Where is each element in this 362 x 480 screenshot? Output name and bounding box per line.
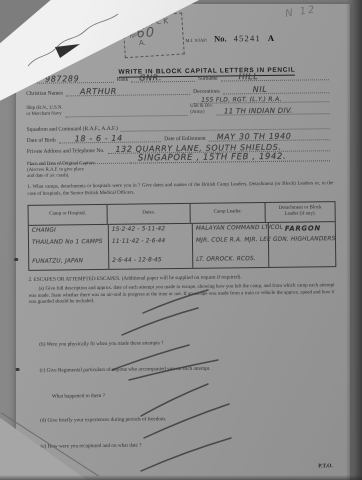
dob-label: Date of Birth: [27, 138, 56, 144]
ref-no-label: No.: [214, 33, 227, 43]
no-field: 987289: [37, 75, 114, 84]
dob-value: 18 - 6 - 14: [75, 135, 123, 144]
capture-label-line3: and date of a/c crash).: [27, 173, 69, 179]
paper-edge-mark: [14, 258, 18, 261]
capture-label: Place and Date of Original Capture (Airc…: [27, 161, 125, 179]
form-paper: BLOCK Nº60 A. M.I. 9/JAP/ No. 45241 A N …: [16, 4, 350, 480]
ship-label-line1: Ship (R.N., U.S.N.: [26, 105, 62, 110]
photo-dark-edge-bottom: [0, 475, 362, 480]
ship-field: [66, 107, 188, 116]
decorations-field: NIL: [223, 85, 330, 94]
unit-label-line2: (Army): [190, 109, 204, 114]
form-content: BLOCK Nº60 A. M.I. 9/JAP/ No. 45241 A N …: [13, 2, 353, 480]
row-dob-enlistment: Date of Birth 18 - 6 - 14 Date of Enlist…: [27, 132, 333, 144]
squadron-field: [121, 121, 330, 132]
cell-dates: 11·11·42 - 2·6·44: [108, 235, 192, 255]
question-2a-text: (a) Give full description and approx. da…: [29, 283, 335, 307]
capture-value: SINGAPORE , 15TH FEB , 1942.: [138, 153, 286, 163]
header-dates: Dates.: [107, 204, 190, 224]
unit-label-line1: Unit & Div.: [190, 104, 213, 109]
table-row: FUNATZU, JAPAN 2·6·44 - 12·8·45 LT. ORRO…: [29, 253, 335, 270]
christian-names-value: ARTHUR: [80, 88, 117, 96]
block-number-stamp: BLOCK Nº60 A.: [122, 12, 185, 58]
question-2b-text: (b) Were you physically fit when you mad…: [39, 340, 163, 348]
capture-label-line2: (Aircrew R.A.F. to give place: [27, 167, 84, 173]
unit-label: Unit & Div. (Army): [190, 104, 213, 116]
squadron-label: Squadron and Command (R.A.F., A.A.F.): [27, 126, 118, 133]
decorations-label: Decorations: [193, 89, 220, 95]
cell-dates: 15·2·42 - 5·11·42: [108, 223, 192, 236]
no-label: No.: [26, 78, 34, 84]
paper-edge-mark: [16, 368, 20, 371]
section-2-title: 2. ESCAPES OR ATTEMPTED ESCAPES. (Additi…: [28, 273, 334, 284]
surname-field: HILL: [221, 72, 329, 81]
enlistment-field: MAY 30 TH 1940: [209, 132, 330, 141]
unit-field: 11 TH INDIAN DIV.: [216, 106, 330, 115]
header-camp-leader: Camp Leader.: [190, 203, 265, 222]
pencil-reference-note: N 12: [285, 4, 318, 20]
ref-suffix: A: [268, 33, 274, 43]
christian-names-label: Christian Names: [26, 90, 63, 96]
cell-leader: MALAYAN COMMAND LT/COL: [192, 222, 268, 235]
rank-value: GNR.: [139, 74, 162, 82]
question-2d-text: (d) Give briefly your experiences during…: [40, 416, 166, 424]
enlistment-value: MAY 30 TH 1940: [217, 133, 292, 142]
christian-names-field: ARTHUR: [66, 87, 190, 97]
enlistment-label: Date of Enlistment: [164, 136, 206, 143]
row-number-rank-surname: No. 987289 Rank GNR. Surname HILL: [26, 72, 332, 84]
cell-leader: LT. ORROCK. RCOS.: [192, 253, 268, 267]
pto-footer: P.T.O.: [318, 463, 333, 469]
ship-label: Ship (R.N., U.S.N. or Merchant Navy: [26, 105, 62, 117]
header-camp-or-hospital: Camp or Hospital.: [29, 205, 107, 224]
cell-dates: 2·6·44 - 12·8·45: [108, 254, 192, 268]
question-2c-text: (c) Give Regimental particulars of anyon…: [40, 366, 211, 374]
cell-detachment: [268, 253, 335, 267]
surname-label: Surname: [198, 76, 218, 82]
cell-leader: MJR. COLE R.A. MJR. LEE GDN. HIGHLANDERS: [192, 234, 268, 254]
photo-dark-edge-right: [346, 0, 362, 480]
cell-camp: FUNATZU, JAPAN: [29, 255, 108, 269]
unit-value: 11 TH INDIAN DIV.: [224, 107, 293, 115]
question-1-text: 1. What camps, detachments or hospitals …: [27, 181, 333, 198]
ship-label-line2: or Merchant Navy: [26, 111, 61, 116]
rank-label: Rank: [117, 77, 129, 83]
cell-camp: THAILAND No 1 CAMPS: [29, 236, 108, 256]
reference-line: M.I. 9/JAP/ No. 45241 A: [185, 33, 274, 44]
decorations-value: NIL: [253, 86, 268, 94]
row-ship-unit: Ship (R.N., U.S.N. or Merchant Navy Unit…: [26, 102, 332, 117]
surname-value: HILL: [239, 73, 259, 81]
ref-prefix: M.I. 9/JAP/: [186, 38, 208, 43]
address-label: Private Address and Telephone No.: [27, 148, 105, 155]
scanned-pow-form-photo: { "photo": { "pencil_ref_top_right": "N …: [0, 0, 362, 480]
camps-table: Camp or Hospital. Dates. Camp Leader. De…: [28, 201, 337, 270]
cell-camp: CHANGI: [29, 224, 108, 237]
header-detachment-leader: Detachment or Block Leader (if any).: [265, 202, 335, 221]
question-2c-followup-text: What happened to them ?: [52, 393, 105, 400]
dob-field: 18 - 6 - 14: [59, 134, 161, 143]
capture-label-line1: Place and Date of Original Capture: [27, 161, 95, 167]
rank-field: GNR.: [131, 74, 195, 83]
camps-table-body: CHANGI 15·2·42 - 5·11·42 MALAYAN COMMAND…: [29, 222, 336, 270]
no-value: 987289: [45, 75, 79, 83]
ref-number: 45241: [234, 33, 261, 43]
